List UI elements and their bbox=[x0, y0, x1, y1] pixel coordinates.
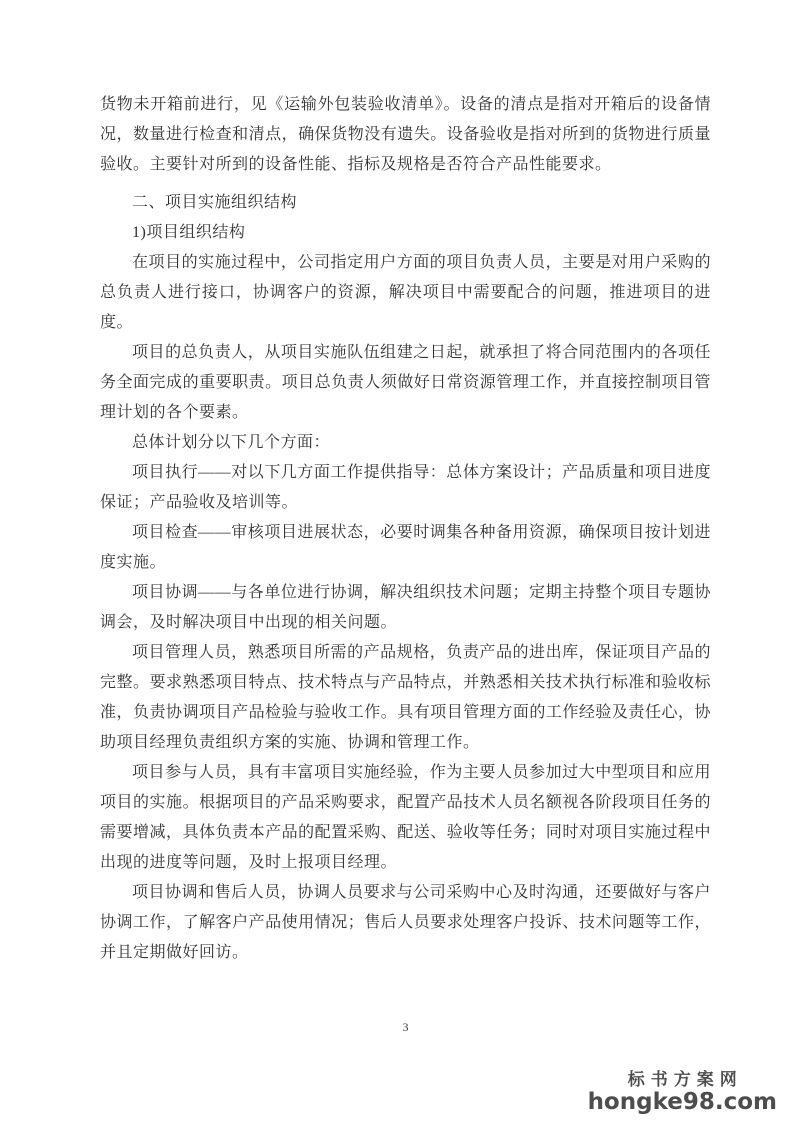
page-number: 3 bbox=[403, 1020, 409, 1034]
body-paragraph: 总体计划分以下几个方面： bbox=[100, 428, 711, 458]
body-paragraph: 项目协调——与各单位进行协调，解决组织技术问题；定期主持整个项目专题协调会，及时… bbox=[100, 578, 711, 638]
body-paragraph: 项目协调和售后人员，协调人员要求与公司采购中心及时沟通，还要做好与客户协调工作，… bbox=[100, 878, 711, 968]
watermark-site-url: hongke98.com bbox=[588, 1090, 777, 1114]
document-page: 货物未开箱前进行，见《运输外包装验收清单》。设备的清点是指对开箱后的设备情况，数… bbox=[0, 0, 793, 1122]
body-paragraph: 项目的总负责人，从项目实施队伍组建之日起，就承担了将合同范围内的各项任务全面完成… bbox=[100, 338, 711, 428]
body-paragraph: 项目参与人员，具有丰富项目实施经验，作为主要人员参加过大中型项目和应用项目的实施… bbox=[100, 758, 711, 878]
page-footer: 3 bbox=[100, 1018, 711, 1036]
body-paragraph: 项目管理人员，熟悉项目所需的产品规格，负责产品的进出库，保证项目产品的完整。要求… bbox=[100, 638, 711, 758]
body-paragraph: 项目检查——审核项目进展状态，必要时调集各种备用资源，确保项目按计划进度实施。 bbox=[100, 518, 711, 578]
watermark-site-name: 标书方案网 bbox=[588, 1070, 777, 1090]
section-heading: 二、项目实施组织结构 bbox=[100, 188, 711, 218]
site-watermark: 标书方案网 hongke98.com bbox=[588, 1070, 777, 1114]
subsection-heading: 1)项目组织结构 bbox=[100, 218, 711, 248]
body-paragraph: 项目执行——对以下几方面工作提供指导：总体方案设计；产品质量和项目进度保证；产品… bbox=[100, 458, 711, 518]
body-paragraph-continuation: 货物未开箱前进行，见《运输外包装验收清单》。设备的清点是指对开箱后的设备情况，数… bbox=[100, 90, 711, 180]
body-paragraph: 在项目的实施过程中，公司指定用户方面的项目负责人员，主要是对用户采购的总负责人进… bbox=[100, 248, 711, 338]
document-body: 货物未开箱前进行，见《运输外包装验收清单》。设备的清点是指对开箱后的设备情况，数… bbox=[100, 90, 711, 968]
